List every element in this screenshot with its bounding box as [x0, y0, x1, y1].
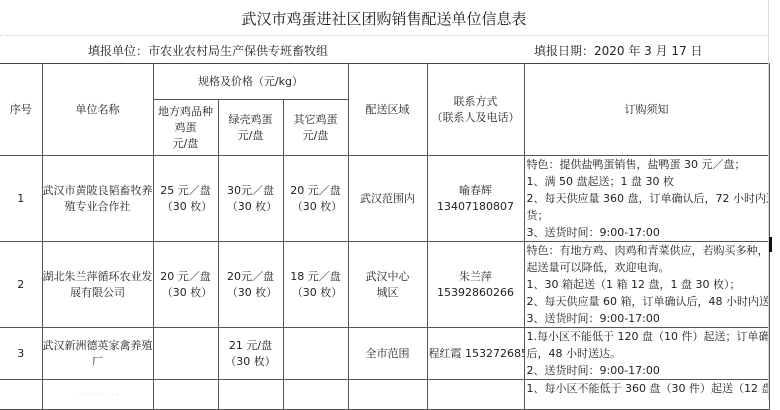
- row-contact: [427, 380, 524, 401]
- table-row: 1 武汉市黄陂良韬畜牧养 殖专业合作社 25 元／盘 （30 枚） 30元／盘 …: [0, 156, 769, 242]
- header-green-egg: 绿壳鸡蛋 元/盘: [218, 100, 283, 156]
- header-order-notes: 订购须知: [524, 64, 769, 156]
- table-row: 3 武汉新洲德英家禽养殖 厂 21 元/盘 （30 枚） 全市范围 程红霞 15…: [0, 328, 769, 380]
- header-contact-line1: 联系方式: [430, 94, 522, 110]
- info-table: 序号 单位名称 规格及价格（元/kg） 配送区域 联系方式 （联系人及电话） 订…: [0, 63, 770, 400]
- row-delivery-area: 武汉范围内: [348, 156, 427, 242]
- contact-phone: 13407180807: [430, 199, 522, 215]
- contact-name: 朱兰萍: [430, 269, 522, 285]
- row-contact: 程红霞 15327268595: [427, 328, 524, 380]
- row-unit-name: 湖北朱兰萍循环农业发 展有限公司: [42, 242, 153, 328]
- row-order-notes: 特色：提供盐鸭蛋销售，盐鸭蛋 30 元／盘； 1、满 50 盘起送；1 盘 30…: [524, 156, 769, 242]
- row-other-egg-price: [283, 328, 348, 380]
- row-seq: 2: [0, 242, 42, 328]
- header-seq: 序号: [0, 64, 42, 156]
- row-green-egg-price: 30元／盘 （30 枚）: [218, 156, 283, 242]
- contact-phone: 15392860266: [430, 285, 522, 301]
- row-delivery-area: 全市范围: [348, 328, 427, 380]
- header-row-1: 序号 单位名称 规格及价格（元/kg） 配送区域 联系方式 （联系人及电话） 订…: [0, 64, 769, 100]
- header-contact: 联系方式 （联系人及电话）: [427, 64, 524, 156]
- fill-info-row: 填报单位：市农业农村局生产保供专班畜牧组 填报日期：2020 年 3 月 17 …: [0, 36, 768, 63]
- document-title: 武汉市鸡蛋进社区团购销售配送单位信息表: [0, 0, 768, 36]
- header-unit-name: 单位名称: [42, 64, 153, 156]
- row-local-egg-price: 25 元／盘 （30 枚）: [153, 156, 218, 242]
- fill-unit-label: 填报单位：市农业农村局生产保供专班畜牧组: [88, 42, 328, 59]
- row-green-egg-price: 20元／盘 （30 枚）: [218, 242, 283, 328]
- row-green-egg-price: [218, 380, 283, 401]
- header-contact-line2: （联系人及电话）: [430, 110, 522, 126]
- table-row-partial: ·········· 1、每小区不能低于 360 盘（30 件）起送（12 盘/: [0, 380, 769, 401]
- header-spec-price: 规格及价格（元/kg）: [153, 64, 348, 100]
- page-right-edge: [768, 0, 769, 400]
- row-delivery-area: [348, 380, 427, 401]
- contact-name: 喻春辉: [430, 183, 522, 199]
- row-delivery-area: 武汉中心 城区: [348, 242, 427, 328]
- row-other-egg-price: 20 元／盘 （30 枚）: [283, 156, 348, 242]
- header-delivery-area: 配送区域: [348, 64, 427, 156]
- row-order-notes: 1、每小区不能低于 360 盘（30 件）起送（12 盘/: [524, 380, 769, 401]
- row-order-notes: 1.每小区不能低于 120 盘（10 件）起送；订单确认 后，48 小时送达。 …: [524, 328, 769, 380]
- row-local-egg-price: [153, 328, 218, 380]
- row-contact: 朱兰萍 15392860266: [427, 242, 524, 328]
- header-other-egg: 其它鸡蛋 元/盘: [283, 100, 348, 156]
- spreadsheet-document: 武汉市鸡蛋进社区团购销售配送单位信息表 填报单位：市农业农村局生产保供专班畜牧组…: [0, 0, 780, 400]
- fill-date-label: 填报日期：2020 年 3 月 17 日: [534, 42, 703, 59]
- row-local-egg-price: [153, 380, 218, 401]
- row-other-egg-price: [283, 380, 348, 401]
- row-seq: [0, 380, 42, 401]
- row-unit-name: ··········: [42, 380, 153, 401]
- row-order-notes: 特色：有地方鸡、肉鸡和青菜供应，若购买多种， 起送量可以降低，欢迎电询。 1、3…: [524, 242, 769, 328]
- row-contact: 喻春辉 13407180807: [427, 156, 524, 242]
- row-unit-name: 武汉市黄陂良韬畜牧养 殖专业合作社: [42, 156, 153, 242]
- table-row: 2 湖北朱兰萍循环农业发 展有限公司 20 元／盘 （30 枚） 20元／盘 （…: [0, 242, 769, 328]
- text-cursor-marker: [769, 237, 772, 252]
- row-unit-name: 武汉新洲德英家禽养殖 厂: [42, 328, 153, 380]
- header-local-egg: 地方鸡品种 鸡蛋 元/盘: [153, 100, 218, 156]
- row-green-egg-price: 21 元/盘 （30 枚）: [218, 328, 283, 380]
- row-seq: 1: [0, 156, 42, 242]
- row-other-egg-price: 18 元／盘 （30 枚）: [283, 242, 348, 328]
- row-local-egg-price: 20 元／盘 （30 枚）: [153, 242, 218, 328]
- row-seq: 3: [0, 328, 42, 380]
